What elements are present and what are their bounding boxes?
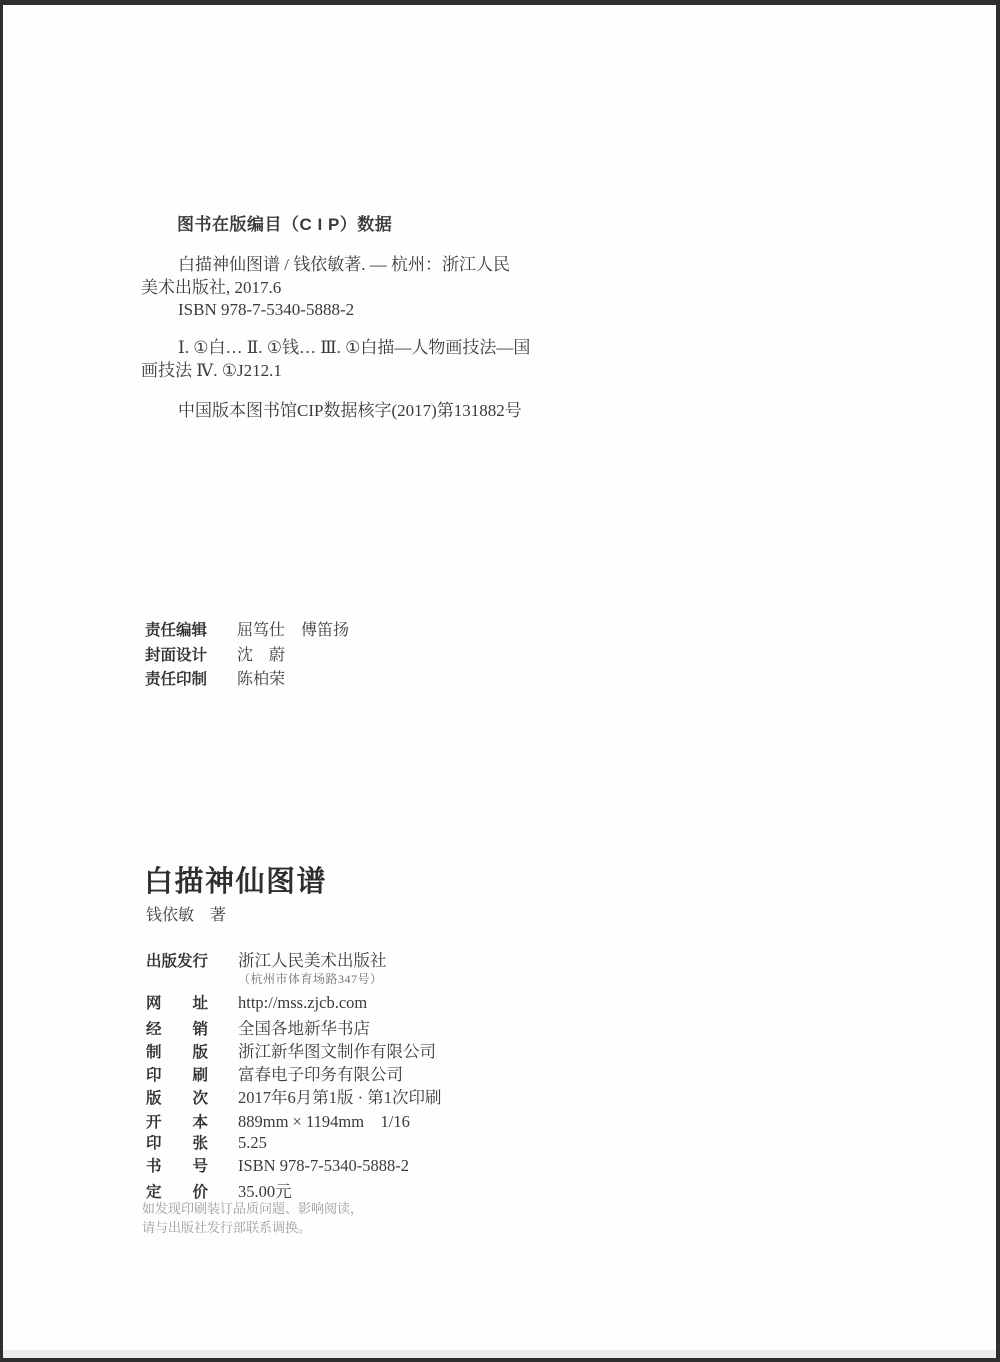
cip-record-number: 中国版本图书馆CIP数据核字(2017)第131882号 <box>178 396 522 421</box>
publication-value: http://mss.zjcb.com <box>238 993 367 1013</box>
quality-notice: 如发现印刷装订品质问题、影响阅读， 请与出版社发行部联系调换。 <box>142 1200 363 1237</box>
publication-label: 开 本 <box>146 1110 226 1132</box>
publication-row: 出版发行 浙江人民美术出版社 <box>146 947 442 970</box>
credit-label: 责任印制 <box>145 667 213 689</box>
cip-description-line: 美术出版社, 2017.6 <box>141 277 561 300</box>
credit-value: 陈柏荣 <box>237 666 285 689</box>
publication-value: 35.00元 <box>238 1178 292 1202</box>
publication-row: 网 址 http://mss.zjcb.com <box>146 991 442 1014</box>
publication-label: 版 次 <box>146 1086 226 1108</box>
publication-row: 制 版 浙江新华图文制作有限公司 <box>146 1038 442 1061</box>
publication-label: 经 销 <box>146 1017 226 1039</box>
publication-row: 开 本 889mm × 1194mm 1/16 <box>146 1108 442 1131</box>
book-author: 钱依敏 著 <box>146 902 226 925</box>
publication-label: 网 址 <box>146 991 226 1013</box>
publication-value: 5.25 <box>238 1133 267 1153</box>
book-title: 白描神仙图谱 <box>144 859 327 900</box>
publication-label: 书 号 <box>146 1154 226 1176</box>
quality-notice-line: 如发现印刷装订品质问题、影响阅读， <box>142 1200 363 1219</box>
publication-row: 印 张 5.25 <box>146 1131 442 1154</box>
credits-block: 责任编辑 屈笃仕 傅笛扬 封面设计 沈 蔚 责任印制 陈柏荣 <box>145 617 349 691</box>
publication-row: 印 刷 富春电子印务有限公司 <box>146 1061 442 1084</box>
credit-value: 沈 蔚 <box>237 642 285 665</box>
scan-edge-strip <box>3 1350 996 1358</box>
cip-classification-line: Ⅰ. ①白… Ⅱ. ①钱… Ⅲ. ①白描—人物画技法—国 <box>141 337 571 360</box>
publication-value: 浙江新华图文制作有限公司 <box>238 1038 436 1062</box>
publication-value: ISBN 978-7-5340-5888-2 <box>238 1156 409 1176</box>
publication-label: 出版发行 <box>146 949 226 971</box>
credit-label: 责任编辑 <box>145 618 213 640</box>
credit-row: 责任印制 陈柏荣 <box>145 666 349 691</box>
cip-description: 白描神仙图谱 / 钱依敏著. — 杭州：浙江人民 美术出版社, 2017.6 I… <box>141 254 561 322</box>
credit-label: 封面设计 <box>145 643 213 665</box>
publication-row: 经 销 全国各地新华书店 <box>146 1015 442 1038</box>
publisher-address-note: （杭州市体育场路347号） <box>238 970 442 991</box>
publication-label: 定 价 <box>146 1180 226 1202</box>
credit-row: 封面设计 沈 蔚 <box>145 642 349 667</box>
publication-row: 定 价 35.00元 <box>146 1178 442 1201</box>
quality-notice-line: 请与出版社发行部联系调换。 <box>142 1219 363 1238</box>
publication-value: 全国各地新华书店 <box>238 1015 370 1039</box>
cip-classification-line: 画技法 Ⅳ. ①J212.1 <box>141 360 571 383</box>
publication-row: 书 号 ISBN 978-7-5340-5888-2 <box>146 1154 442 1177</box>
cip-isbn: ISBN 978-7-5340-5888-2 <box>141 299 561 322</box>
publication-value: 889mm × 1194mm 1/16 <box>238 1108 410 1132</box>
publication-label: 印 张 <box>146 1131 226 1153</box>
publication-value: 富春电子印务有限公司 <box>238 1061 403 1085</box>
publication-label: 制 版 <box>146 1040 226 1062</box>
credit-row: 责任编辑 屈笃仕 傅笛扬 <box>145 617 349 642</box>
credit-value: 屈笃仕 傅笛扬 <box>237 617 349 640</box>
cip-description-line: 白描神仙图谱 / 钱依敏著. — 杭州：浙江人民 <box>141 254 561 277</box>
cip-classification: Ⅰ. ①白… Ⅱ. ①钱… Ⅲ. ①白描—人物画技法—国 画技法 Ⅳ. ①J21… <box>141 337 571 382</box>
publication-label: 印 刷 <box>146 1063 226 1085</box>
publication-block: 出版发行 浙江人民美术出版社 （杭州市体育场路347号） 网 址 http://… <box>146 947 442 1201</box>
cip-heading: 图书在版编目（C I P）数据 <box>177 210 392 235</box>
publication-value: 浙江人民美术出版社 <box>238 947 387 971</box>
copyright-page: 图书在版编目（C I P）数据 白描神仙图谱 / 钱依敏著. — 杭州：浙江人民… <box>0 0 1000 1362</box>
publication-row: 版 次 2017年6月第1版 · 第1次印刷 <box>146 1084 442 1107</box>
publication-value: 2017年6月第1版 · 第1次印刷 <box>238 1084 442 1108</box>
